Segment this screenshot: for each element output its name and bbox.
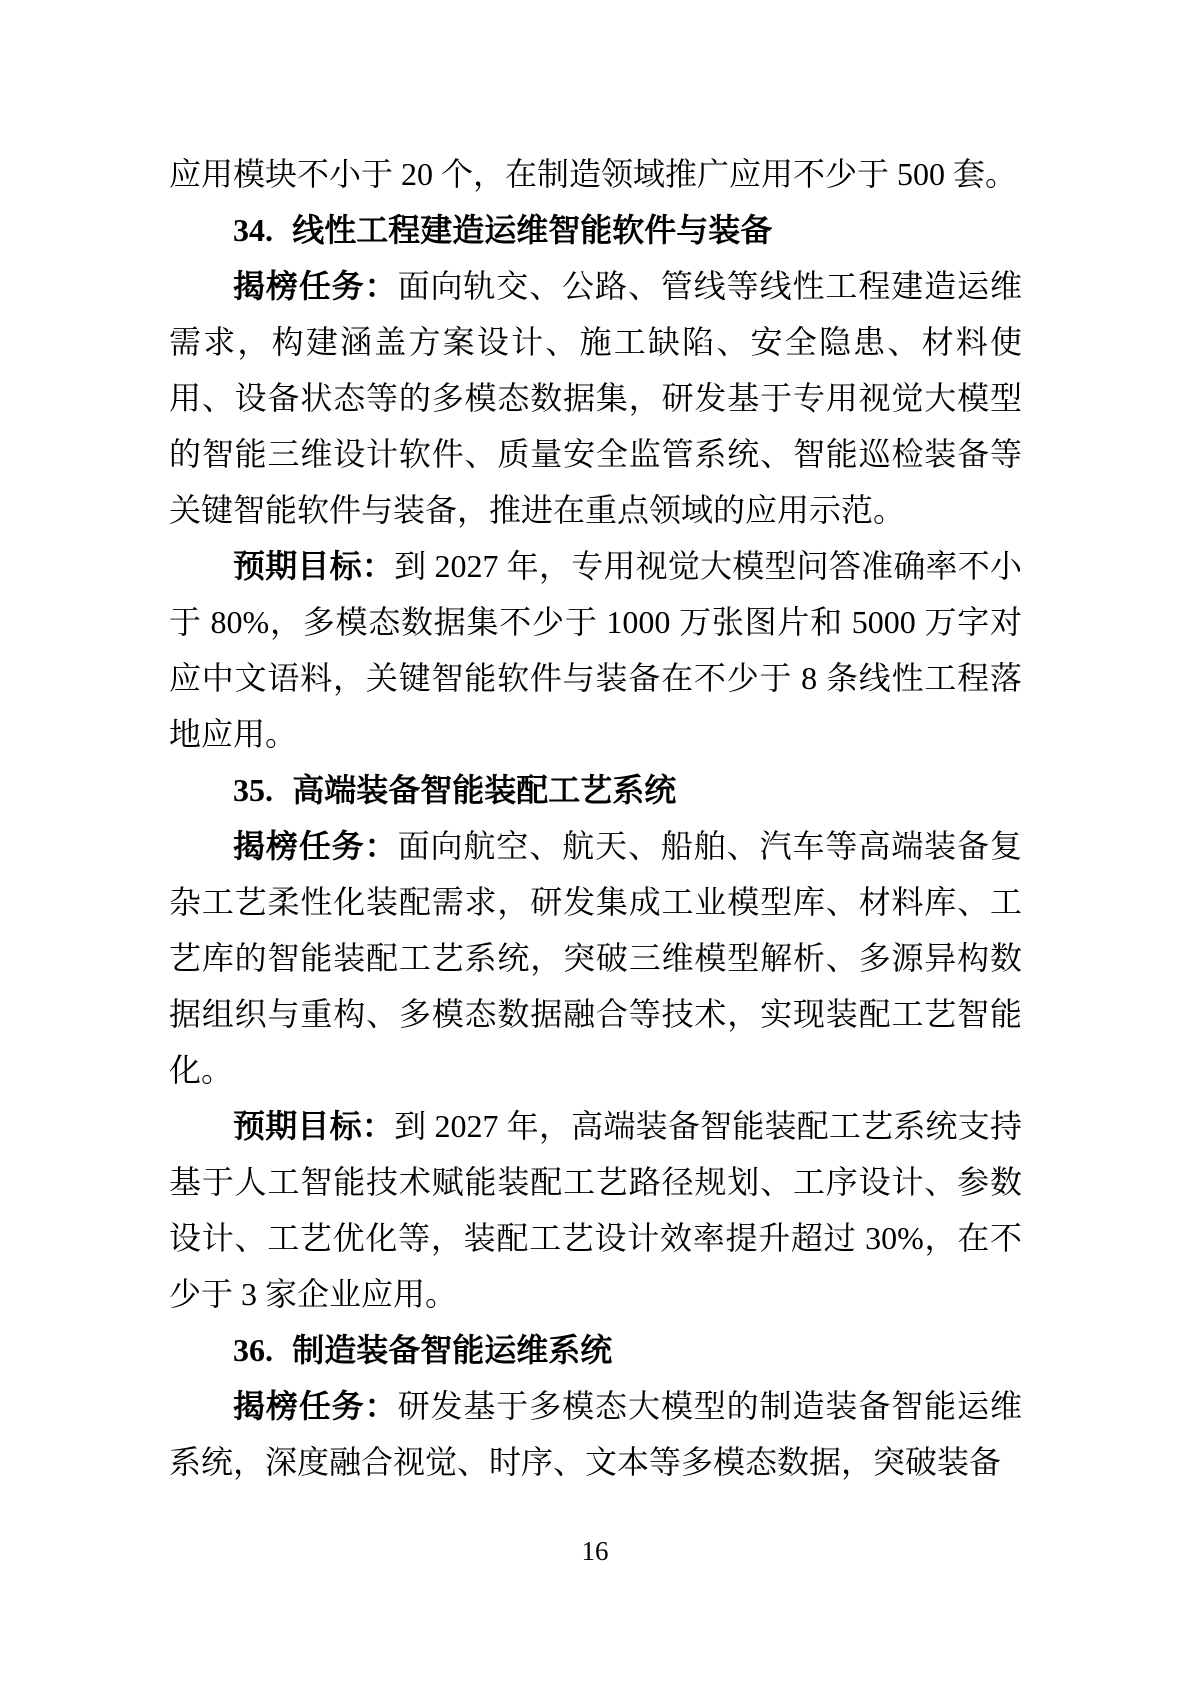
task-paragraph-36: 揭榜任务：研发基于多模态大模型的制造装备智能运维系统，深度融合视觉、时序、文本等… — [169, 1378, 1022, 1490]
paragraph-label: 预期目标： — [233, 1108, 394, 1144]
section-heading-34: 34.线性工程建造运维智能软件与装备 — [169, 202, 1022, 258]
page-number: 16 — [0, 1536, 1190, 1567]
paragraph-text: 应用模块不小于 20 个，在制造领域推广应用不少于 500 套。 — [169, 156, 1017, 192]
paragraph-label: 预期目标： — [233, 548, 394, 584]
paragraph-continuation: 应用模块不小于 20 个，在制造领域推广应用不少于 500 套。 — [169, 146, 1022, 202]
section-number: 35. — [233, 772, 273, 808]
task-paragraph-35: 揭榜任务：面向航空、航天、船舶、汽车等高端装备复杂工艺柔性化装配需求，研发集成工… — [169, 818, 1022, 1098]
document-page: 应用模块不小于 20 个，在制造领域推广应用不少于 500 套。 34.线性工程… — [0, 0, 1190, 1683]
section-number: 34. — [233, 212, 273, 248]
section-title: 线性工程建造运维智能软件与装备 — [292, 212, 772, 248]
section-title: 高端装备智能装配工艺系统 — [292, 772, 676, 808]
section-number: 36. — [233, 1332, 273, 1368]
paragraph-label: 揭榜任务： — [233, 828, 398, 864]
goal-paragraph-34: 预期目标：到 2027 年，专用视觉大模型问答准确率不小于 80%，多模态数据集… — [169, 538, 1022, 762]
goal-paragraph-35: 预期目标：到 2027 年，高端装备智能装配工艺系统支持基于人工智能技术赋能装配… — [169, 1098, 1022, 1322]
task-paragraph-34: 揭榜任务：面向轨交、公路、管线等线性工程建造运维需求，构建涵盖方案设计、施工缺陷… — [169, 258, 1022, 538]
paragraph-text: 面向轨交、公路、管线等线性工程建造运维需求，构建涵盖方案设计、施工缺陷、安全隐患… — [169, 268, 1022, 528]
paragraph-text: 面向航空、航天、船舶、汽车等高端装备复杂工艺柔性化装配需求，研发集成工业模型库、… — [169, 828, 1022, 1088]
section-heading-36: 36.制造装备智能运维系统 — [169, 1322, 1022, 1378]
paragraph-label: 揭榜任务： — [233, 268, 398, 304]
section-title: 制造装备智能运维系统 — [292, 1332, 612, 1368]
paragraph-label: 揭榜任务： — [233, 1388, 398, 1424]
page-body: 应用模块不小于 20 个，在制造领域推广应用不少于 500 套。 34.线性工程… — [169, 146, 1022, 1490]
section-heading-35: 35.高端装备智能装配工艺系统 — [169, 762, 1022, 818]
